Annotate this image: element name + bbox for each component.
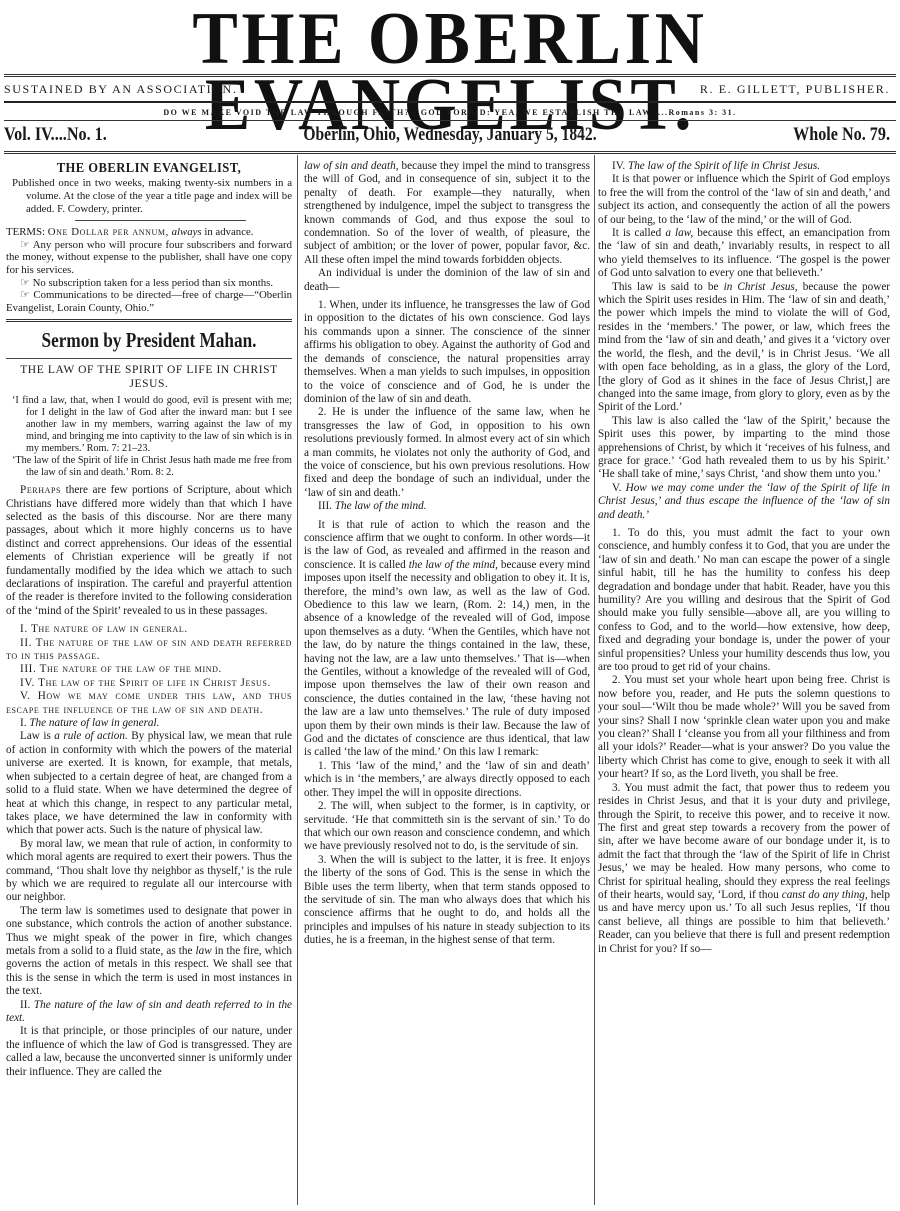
- dateline: Oberlin, Ohio, Wednesday, January 5, 184…: [81, 124, 819, 146]
- paragraph: 3. When the will is subject to the latte…: [304, 854, 590, 948]
- divider: [4, 120, 896, 121]
- section-num: II.: [20, 999, 30, 1011]
- column-2: law of sin and death, because they impel…: [304, 160, 590, 948]
- outline-num: IV.: [20, 677, 35, 689]
- sermon-subtitle: THE LAW OF THE SPIRIT OF LIFE IN CHRIST …: [6, 364, 292, 391]
- publication-info: Published once in two weeks, making twen…: [6, 177, 292, 215]
- italic-text: a law,: [665, 227, 693, 239]
- section-heading: II. The nature of the law of sin and dea…: [6, 999, 292, 1026]
- paragraph: This law is said to be in Christ Jesus, …: [598, 281, 890, 415]
- terms-box-title: THE OBERLIN EVANGELIST,: [20, 162, 277, 175]
- outline-text: The nature of the law of the mind.: [40, 663, 222, 675]
- section-heading: I. The nature of law in general.: [6, 717, 292, 730]
- column-3: IV. The law of the Spirit of life in Chr…: [598, 160, 890, 956]
- outline-num: II.: [20, 637, 32, 649]
- italic-text: a rule of action.: [54, 730, 127, 742]
- notice-text: Any person who will procure four subscri…: [6, 239, 292, 276]
- section-title: The nature of law in general.: [29, 717, 159, 729]
- sermon-heading: Sermon by President Mahan.: [32, 327, 267, 353]
- outline-num: I.: [20, 623, 28, 635]
- column-1: THE OBERLIN EVANGELIST, Published once i…: [6, 160, 292, 1079]
- text: Law is: [20, 730, 51, 742]
- outline-item: II. The nature of the law of sin and dea…: [6, 637, 292, 664]
- text: By physical law, we mean that rule of ac…: [6, 730, 292, 836]
- outline-num: V.: [20, 690, 31, 702]
- paragraph: It is that principle, or those principle…: [6, 1025, 292, 1079]
- pointing-hand-icon: ☞: [20, 277, 30, 289]
- text: 3. You must admit the fact, that power t…: [598, 782, 890, 901]
- paragraph: It is called a law, because this effect,…: [598, 227, 890, 281]
- paragraph: Law is a rule of action. By physical law…: [6, 730, 292, 837]
- outline-item: IV. The law of the Spirit of life in Chr…: [6, 677, 292, 690]
- divider: [6, 358, 292, 359]
- paragraph: 2. The will, when subject to the former,…: [304, 800, 590, 854]
- pointing-hand-icon: ☞: [20, 239, 30, 251]
- section-num: I.: [20, 717, 27, 729]
- paragraph: 2. You must set your whole heart upon be…: [598, 674, 890, 781]
- section-title: How we may come under the ‘law of the Sp…: [598, 482, 890, 521]
- notice-text: Communications to be directed—free of ch…: [6, 289, 292, 314]
- text: because the power which the Spirit uses …: [598, 281, 890, 414]
- section-title: The nature of the law of sin and death r…: [6, 999, 292, 1024]
- section-heading: III. The law of the mind.: [304, 500, 590, 513]
- notice-period: ☞ No subscription taken for a less perio…: [6, 277, 292, 290]
- text: because every mind imposes upon itself t…: [304, 559, 590, 759]
- italic-text: law: [196, 945, 212, 957]
- paragraph: 1. To do this, you must admit the fact t…: [598, 527, 890, 674]
- outline-num: III.: [20, 663, 36, 675]
- scripture-quote-2: ‘The law of the Spirit of life in Christ…: [6, 455, 292, 479]
- paragraph: law of sin and death, because they impel…: [304, 160, 590, 267]
- masthead: THE OBERLIN EVANGELIST. SUSTAINED BY AN …: [0, 0, 900, 150]
- pointing-hand-icon: ☞: [20, 289, 30, 301]
- italic-text: law of sin and death,: [304, 160, 399, 172]
- sustained-by: SUSTAINED BY AN ASSOCIATION.: [4, 82, 237, 97]
- intro-paragraph: Perhaps there are few portions of Script…: [6, 484, 292, 618]
- scripture-quote-1: ‘I find a law, that, when I would do goo…: [6, 395, 292, 455]
- paragraph: It is that rule of action to which the r…: [304, 519, 590, 760]
- terms-label: TERMS:: [6, 226, 45, 238]
- paragraph: 2. He is under the influence of the same…: [304, 406, 590, 500]
- terms-price: One Dollar per annum,: [48, 226, 169, 238]
- outline-text: The nature of law in general.: [31, 623, 188, 635]
- italic-text: in Christ Jesus,: [724, 281, 798, 293]
- outline-item: III. The nature of the law of the mind.: [6, 663, 292, 676]
- divider: [6, 319, 292, 322]
- notice-subscribers: ☞ Any person who will procure four subsc…: [6, 239, 292, 277]
- paragraph: 3. You must admit the fact, that power t…: [598, 782, 890, 956]
- text: because they impel the mind to transgres…: [304, 160, 590, 266]
- paragraph: By moral law, we mean that rule of actio…: [6, 838, 292, 905]
- terms-always: always: [172, 226, 202, 238]
- paragraph: An individual is under the dominion of t…: [304, 267, 590, 294]
- outline-item: V. How we may come under this law, and t…: [6, 690, 292, 717]
- notice-text: No subscription taken for a less period …: [33, 277, 274, 289]
- terms-line: TERMS: One Dollar per annum, always in a…: [6, 226, 292, 239]
- divider: [4, 101, 896, 103]
- publisher: R. E. GILLETT, PUBLISHER.: [700, 82, 890, 97]
- text: This law is said to be: [612, 281, 718, 293]
- divider: [75, 220, 247, 221]
- intro-text: there are few portions of Scripture, abo…: [6, 484, 292, 617]
- outline-text: The nature of the law of sin and death r…: [6, 637, 292, 662]
- divider: [4, 151, 896, 154]
- paragraph: 1. When, under its influence, he transgr…: [304, 299, 590, 406]
- drop-word: Perhaps: [20, 484, 61, 496]
- section-num: IV.: [612, 160, 625, 172]
- column-divider: [297, 155, 298, 1205]
- paragraph: It is that power or influence which the …: [598, 173, 890, 227]
- paragraph: The term law is sometimes used to design…: [6, 905, 292, 999]
- outline-item: I. The nature of law in general.: [6, 623, 292, 636]
- divider: [4, 74, 896, 77]
- newspaper-title: THE OBERLIN EVANGELIST.: [36, 6, 864, 138]
- section-num: V.: [612, 482, 621, 494]
- section-title: The law of the Spirit of life in Christ …: [628, 160, 820, 172]
- italic-text: canst do any thing,: [782, 889, 868, 901]
- terms-end: in advance.: [204, 226, 253, 238]
- paragraph: 1. This ‘law of the mind,’ and the ‘law …: [304, 760, 590, 800]
- section-num: III.: [318, 500, 332, 512]
- whole-number: Whole No. 79.: [793, 124, 890, 146]
- notice-communications: ☞ Communications to be directed—free of …: [6, 289, 292, 314]
- italic-text: the law of the mind,: [409, 559, 498, 571]
- text: It is called: [612, 227, 661, 239]
- column-divider: [594, 155, 595, 1205]
- outline-text: The law of the Spirit of life in Christ …: [38, 677, 271, 689]
- section-title: The law of the mind.: [335, 500, 427, 512]
- terms-box: THE OBERLIN EVANGELIST, Published once i…: [6, 162, 292, 314]
- outline-text: How we may come under this law, and thus…: [6, 690, 292, 715]
- motto: DO WE MAKE VOID THE LAW THROUGH FAITH?..…: [0, 108, 900, 117]
- section-heading: IV. The law of the Spirit of life in Chr…: [598, 160, 890, 173]
- section-heading: V. How we may come under the ‘law of the…: [598, 482, 890, 522]
- paragraph: This law is also called the ‘law of the …: [598, 415, 890, 482]
